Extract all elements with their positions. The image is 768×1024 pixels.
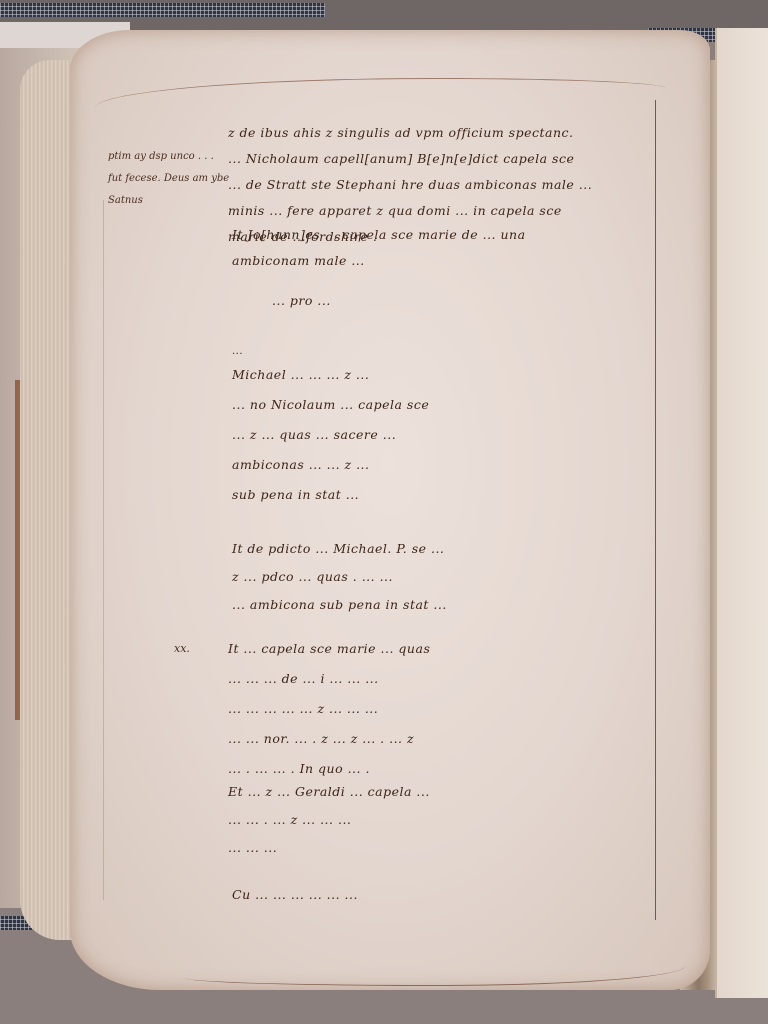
ruling-line-right bbox=[655, 100, 656, 920]
right-page-edge bbox=[715, 28, 768, 998]
grid-strip-top-left bbox=[0, 3, 325, 17]
entry-5: It ... capela sce marie ... quas ... ...… bbox=[228, 634, 430, 784]
ruling-line-left bbox=[103, 200, 104, 900]
entry-7: Cu ... ... ... ... ... ... bbox=[232, 882, 358, 908]
entry-4: It de pdicto ... Michael. P. se ... z ..… bbox=[232, 535, 447, 619]
entry-3: ... Michael ... ... ... z ... ... no Nic… bbox=[232, 344, 429, 510]
margin-note: ptim ay dsp unco . . . fut fecese. Deus … bbox=[108, 146, 229, 212]
entry-6: Et ... z ... Geraldi ... capela ... ... … bbox=[228, 778, 430, 862]
entry-2: It Jo[hann]es ... capela sce marie de ..… bbox=[232, 222, 526, 314]
margin-mark: xx. bbox=[174, 638, 190, 660]
